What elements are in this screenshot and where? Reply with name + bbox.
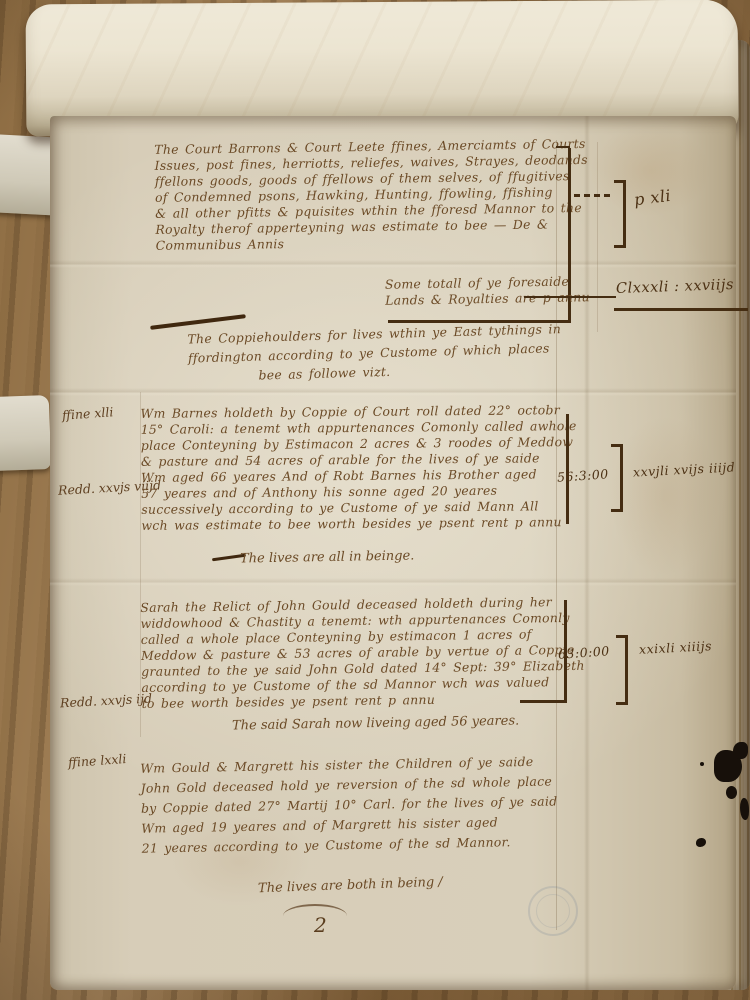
heading-paragraph: The Coppiehoulders for lives wthin ye Ea… [187, 320, 583, 388]
vertical-crease [584, 116, 590, 990]
value-bracket [614, 180, 626, 248]
total-connector-line [524, 296, 616, 298]
ink-blot [740, 798, 749, 820]
entry2-paragraph: Sarah the Relict of John Gould deceased … [140, 594, 566, 712]
ink-blot [733, 742, 748, 759]
entry2-value-bracket [616, 635, 628, 705]
brace-tick [556, 146, 570, 148]
ink-blot [726, 786, 737, 799]
total-underline [614, 308, 748, 311]
entry1-paragraph: Wm Barnes holdeth by Coppie of Court rol… [140, 402, 565, 534]
entry1-note: The lives are all in beinge. [240, 548, 415, 566]
ink-speck [700, 762, 704, 766]
stain [610, 416, 720, 576]
fold-crease [50, 578, 736, 586]
page-number: 2 [314, 913, 327, 937]
connector-dashes [574, 194, 610, 197]
cloth-tie-bottom [0, 395, 51, 471]
manuscript-photo: The Court Barrons & Court Leete ffines, … [0, 0, 750, 1000]
sum-total-label: Some totall of ye foresaide Lands & Roya… [385, 273, 590, 309]
entry3-paragraph: Wm Gould & Margrett his sister the Child… [140, 753, 566, 860]
entry1-value-bracket [611, 444, 623, 512]
column-rule [597, 142, 598, 332]
fold-crease [50, 388, 736, 396]
blind-stamp [528, 886, 578, 936]
